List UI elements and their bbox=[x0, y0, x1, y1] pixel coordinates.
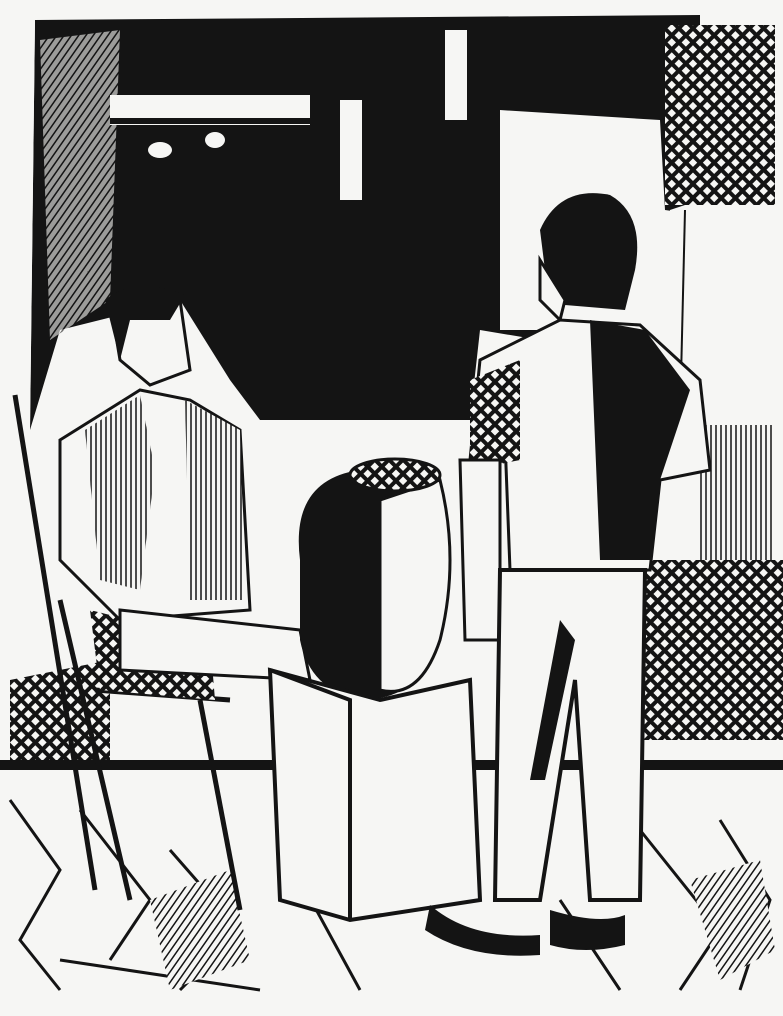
lattice-window bbox=[665, 25, 775, 205]
ink-illustration bbox=[0, 0, 783, 1016]
crate bbox=[270, 670, 480, 920]
jug bbox=[299, 459, 450, 700]
right-panel bbox=[700, 425, 775, 565]
hanging-lamp bbox=[340, 100, 362, 200]
basket-lid bbox=[350, 459, 440, 491]
